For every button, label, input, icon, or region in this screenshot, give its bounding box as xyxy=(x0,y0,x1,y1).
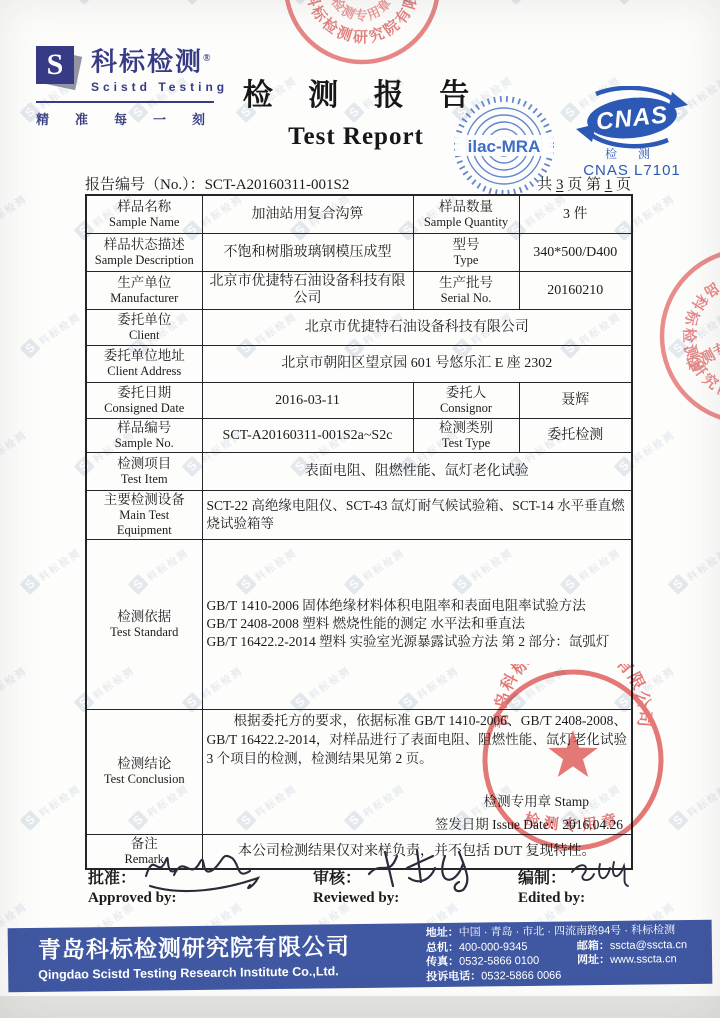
edited-label-cn: 编制： xyxy=(518,865,566,888)
top-seal-company-text: 青岛科标检测研究院有限公司 xyxy=(272,0,422,46)
row-label2-cn: 样品数量 xyxy=(418,199,515,215)
page-indicator: 共 3 页 第 1 页 xyxy=(537,173,631,194)
standard-line: GB/T 1410-2006 固体绝缘材料体积电阻率和表面电阻率试验方法 xyxy=(207,597,628,615)
svg-text:青岛科标检测研究院有限公司: 青岛科标检测研究院有限公司 xyxy=(272,0,422,46)
sample-name-value: 加油站用复合沟箅 xyxy=(202,195,413,233)
row-label2-en: Sample Quantity xyxy=(418,215,515,230)
right-seal-type-text: 检测专用章 xyxy=(683,324,720,375)
email-label: 邮箱： xyxy=(577,939,610,951)
table-row: 生产单位Manufacturer 北京市优捷特石油设备科技有限公司 生产批号Se… xyxy=(86,271,632,309)
table-row: 委托单位地址Client Address 北京市朝阳区望京园 601 号悠乐汇 … xyxy=(86,345,632,382)
table-row: 检测依据Test Standard GB/T 1410-2006 固体绝缘材料体… xyxy=(86,539,632,709)
pages-mid: 页 第 xyxy=(563,177,604,193)
row-label-en: Sample Name xyxy=(91,215,198,230)
row-label2-en: Type xyxy=(418,253,515,268)
table-row: 委托单位Client 北京市优捷特石油设备科技有限公司 xyxy=(86,309,632,345)
brand-name-en: Scistd Testing xyxy=(91,80,228,94)
row-label-en: Consigned Date xyxy=(91,401,198,416)
registered-mark: ® xyxy=(203,53,210,64)
table-row: 检测项目Test Item 表面电阻、阻燃性能、氙灯老化试验 xyxy=(86,452,632,490)
test-equipment-value: SCT-22 高绝缘电阻仪、SCT-43 氙灯耐气候试验箱、SCT-14 水平垂… xyxy=(202,490,632,539)
watermark-tile: S科标检测 xyxy=(0,662,29,713)
watermark-tile: S科标检测 xyxy=(20,544,83,595)
row-label-en: Client Address xyxy=(91,364,198,379)
row-label-cn: 生产单位 xyxy=(91,275,198,291)
watermark-tile: S科标检测 xyxy=(398,0,461,5)
logo-tagline: 精准每一刻 xyxy=(36,109,231,128)
phone-value: 400-000-9345 xyxy=(459,939,577,955)
row-label-cn: 委托单位地址 xyxy=(91,348,198,364)
table-row: 委托日期Consigned Date 2016-03-11 委托人Consign… xyxy=(86,382,632,418)
row-label-cn: 委托单位 xyxy=(91,312,198,328)
pages-prefix: 共 xyxy=(537,177,556,193)
watermark-tile: S科标检测 xyxy=(0,426,29,477)
watermark-tile: S科标检测 xyxy=(20,308,83,359)
web-label: 网址： xyxy=(577,954,610,966)
manufacturer-value: 北京市优捷特石油设备科技有限公司 xyxy=(202,271,413,309)
footer-company-en: Qingdao Scistd Testing Research Institut… xyxy=(38,963,426,982)
row-label-cn: 检测依据 xyxy=(91,609,198,625)
footer-bar: 青岛科标检测研究院有限公司 Qingdao Scistd Testing Res… xyxy=(8,920,713,993)
watermark-tile: S科标检测 xyxy=(506,0,569,5)
report-number-value: SCT-A20160311-001S2 xyxy=(205,177,350,193)
row-label2-cn: 型号 xyxy=(418,237,515,253)
row-label-en: Test Item xyxy=(91,472,198,487)
table-row: 样品名称Sample Name 加油站用复合沟箅 样品数量Sample Quan… xyxy=(86,195,632,233)
table-row: 样品编号Sample No. SCT-A20160311-001S2a~S2c … xyxy=(86,418,632,452)
row-label-cn: 主要检测设备 xyxy=(91,492,198,508)
client-address-value: 北京市朝阳区望京园 601 号悠乐汇 E 座 2302 xyxy=(202,345,632,382)
row-label2-cn: 生产批号 xyxy=(418,275,515,291)
issue-date-value: 2016.04.26 xyxy=(562,817,623,832)
report-number-label: 报告编号（No.）： xyxy=(85,177,205,193)
row-label-en: Sample No. xyxy=(91,436,198,451)
sample-no-value: SCT-A20160311-001S2a~S2c xyxy=(202,418,413,452)
watermark-tile: S科标检测 xyxy=(182,0,245,5)
watermark-tile: S科标检测 xyxy=(290,0,353,5)
test-item-value: 表面电阻、阻燃性能、氙灯老化试验 xyxy=(202,452,632,490)
row-label-cn: 检测结论 xyxy=(91,756,198,772)
row-label-en: Test Standard xyxy=(91,625,198,640)
address-value: 中国 · 青岛 · 市北 · 四流南路94号 · 科标检测 xyxy=(459,924,675,939)
row-label2-en: Consignor xyxy=(418,401,515,416)
row-label2-cn: 委托人 xyxy=(418,385,515,401)
row-label-en: Manufacturer xyxy=(91,291,198,306)
svg-text:检测专用章: 检测专用章 xyxy=(329,0,396,23)
row-label-en: Client xyxy=(91,328,198,343)
top-seal-type-text: 检测专用章 xyxy=(329,0,396,23)
test-standard-value: GB/T 1410-2006 固体绝缘材料体积电阻率和表面电阻率试验方法 GB/… xyxy=(202,539,632,709)
table-row: 样品状态描述Sample Description 不饱和树脂玻璃钢模压成型 型号… xyxy=(86,233,632,271)
right-partial-seal-stamp: 青岛科标检测研究院有限公司 检测专用章 xyxy=(628,232,720,442)
type-value: 340*500/D400 xyxy=(519,233,632,271)
logo-s-mark: S xyxy=(36,46,74,84)
reviewer-signature xyxy=(363,846,488,896)
serial-no-value: 20160210 xyxy=(519,271,632,309)
approver-signature xyxy=(138,844,278,896)
table-row: 主要检测设备Main Test Equipment SCT-22 高绝缘电阻仪、… xyxy=(86,490,632,539)
web-value: www.sscta.cn xyxy=(610,953,677,966)
row-label-cn: 样品编号 xyxy=(91,420,198,436)
watermark-tile: S科标检测 xyxy=(668,308,720,359)
footer-company-cn: 青岛科标检测研究院有限公司 xyxy=(38,933,426,964)
watermark-tile: S科标检测 xyxy=(614,0,677,5)
ilac-mra-label: ilac-MRA xyxy=(468,137,541,156)
sample-quantity-value: 3 件 xyxy=(519,195,632,233)
sample-desc-value: 不饱和树脂玻璃钢模压成型 xyxy=(202,233,413,271)
fax-value: 0532-5866 0100 xyxy=(459,953,577,969)
reviewed-label-cn: 审核： xyxy=(313,865,361,888)
email-value: sscta@sscta.cn xyxy=(610,939,687,952)
row-label-cn: 样品名称 xyxy=(91,199,198,215)
watermark-tile: S科标检测 xyxy=(668,544,720,595)
watermark-tile: S科标检测 xyxy=(668,780,720,831)
row-label2-en: Serial No. xyxy=(418,291,515,306)
test-conclusion-cell: 根据委托方的要求，依据标准 GB/T 1410-2006、GB/T 2408-2… xyxy=(202,709,632,834)
phone-label: 总机： xyxy=(426,941,459,953)
cnas-cn-label: 检 测 xyxy=(605,146,659,161)
row-label2-cn: 检测类别 xyxy=(418,420,515,436)
scistd-logo: S 科标检测® Scistd Testing 精准每一刻 xyxy=(36,44,231,128)
conclusion-paragraph: 根据委托方的要求，依据标准 GB/T 1410-2006、GB/T 2408-2… xyxy=(207,711,628,768)
row-label-en: Test Conclusion xyxy=(91,772,198,787)
standard-line: GB/T 2408-2008 塑料 燃烧性能的测定 水平法和垂直法 xyxy=(207,615,628,633)
row-label-cn: 检测项目 xyxy=(91,456,198,472)
watermark-tile: S科标检测 xyxy=(0,190,29,241)
signature-block: 批准： Approved by: 审核： Reviewed by: xyxy=(88,852,640,907)
consigned-date-value: 2016-03-11 xyxy=(202,382,413,418)
issue-date-line: 签发日期 Issue Date：2016.04.26 xyxy=(207,813,628,833)
svg-text:青岛科标检测研究院有限公司: 青岛科标检测研究院有限公司 xyxy=(628,232,720,404)
pages-suffix: 页 xyxy=(612,177,631,193)
scan-bottom-strip xyxy=(0,996,720,1018)
report-table: 样品名称Sample Name 加油站用复合沟箅 样品数量Sample Quan… xyxy=(85,194,633,870)
watermark-tile: S科标检测 xyxy=(74,0,137,5)
row-label-en: Main Test Equipment xyxy=(91,508,198,538)
fax-label: 传真： xyxy=(426,956,459,968)
row-label-cn: 委托日期 xyxy=(91,385,198,401)
address-label: 地址： xyxy=(426,927,459,939)
test-type-value: 委托检测 xyxy=(519,418,632,452)
client-value: 北京市优捷特石油设备科技有限公司 xyxy=(202,309,632,345)
row-label-cn: 样品状态描述 xyxy=(91,237,198,253)
brand-name-cn: 科标检测® xyxy=(91,44,228,78)
consignor-value: 聂辉 xyxy=(519,382,632,418)
scistd-s-icon: S xyxy=(36,44,82,90)
report-number: 报告编号（No.）：SCT-A20160311-001S2 xyxy=(85,173,349,194)
complaint-label: 投诉电话： xyxy=(426,970,481,983)
brand-cn-text: 科标检测 xyxy=(91,48,203,77)
approved-label-cn: 批准： xyxy=(88,865,136,888)
table-row: 检测结论Test Conclusion 根据委托方的要求，依据标准 GB/T 1… xyxy=(86,709,632,834)
complaint-value: 0532-5866 0066 xyxy=(481,969,561,982)
right-seal-company-text: 青岛科标检测研究院有限公司 xyxy=(628,232,720,404)
footer-complaint: 投诉电话：0532-5866 0066 xyxy=(426,967,687,985)
row-label2-en: Test Type xyxy=(418,436,515,451)
watermark-tile: S科标检测 xyxy=(20,780,83,831)
report-title-en: Test Report xyxy=(226,122,486,152)
watermark-tile: S科标检测 xyxy=(0,0,29,5)
row-label-en: Sample Description xyxy=(91,253,198,268)
logo-rule xyxy=(36,101,214,103)
stamp-label: 检测专用章 Stamp xyxy=(207,790,628,810)
report-title-cn: 检 测 报 告 xyxy=(226,78,486,114)
standard-line: GB/T 16422.2-2014 塑料 实验室光源暴露试验方法 第 2 部分：… xyxy=(207,633,628,651)
issue-date-label: 签发日期 Issue Date： xyxy=(435,817,562,832)
footer-contact: 地址：中国 · 青岛 · 市北 · 四流南路94号 · 科标检测 总机：400-… xyxy=(426,923,688,984)
